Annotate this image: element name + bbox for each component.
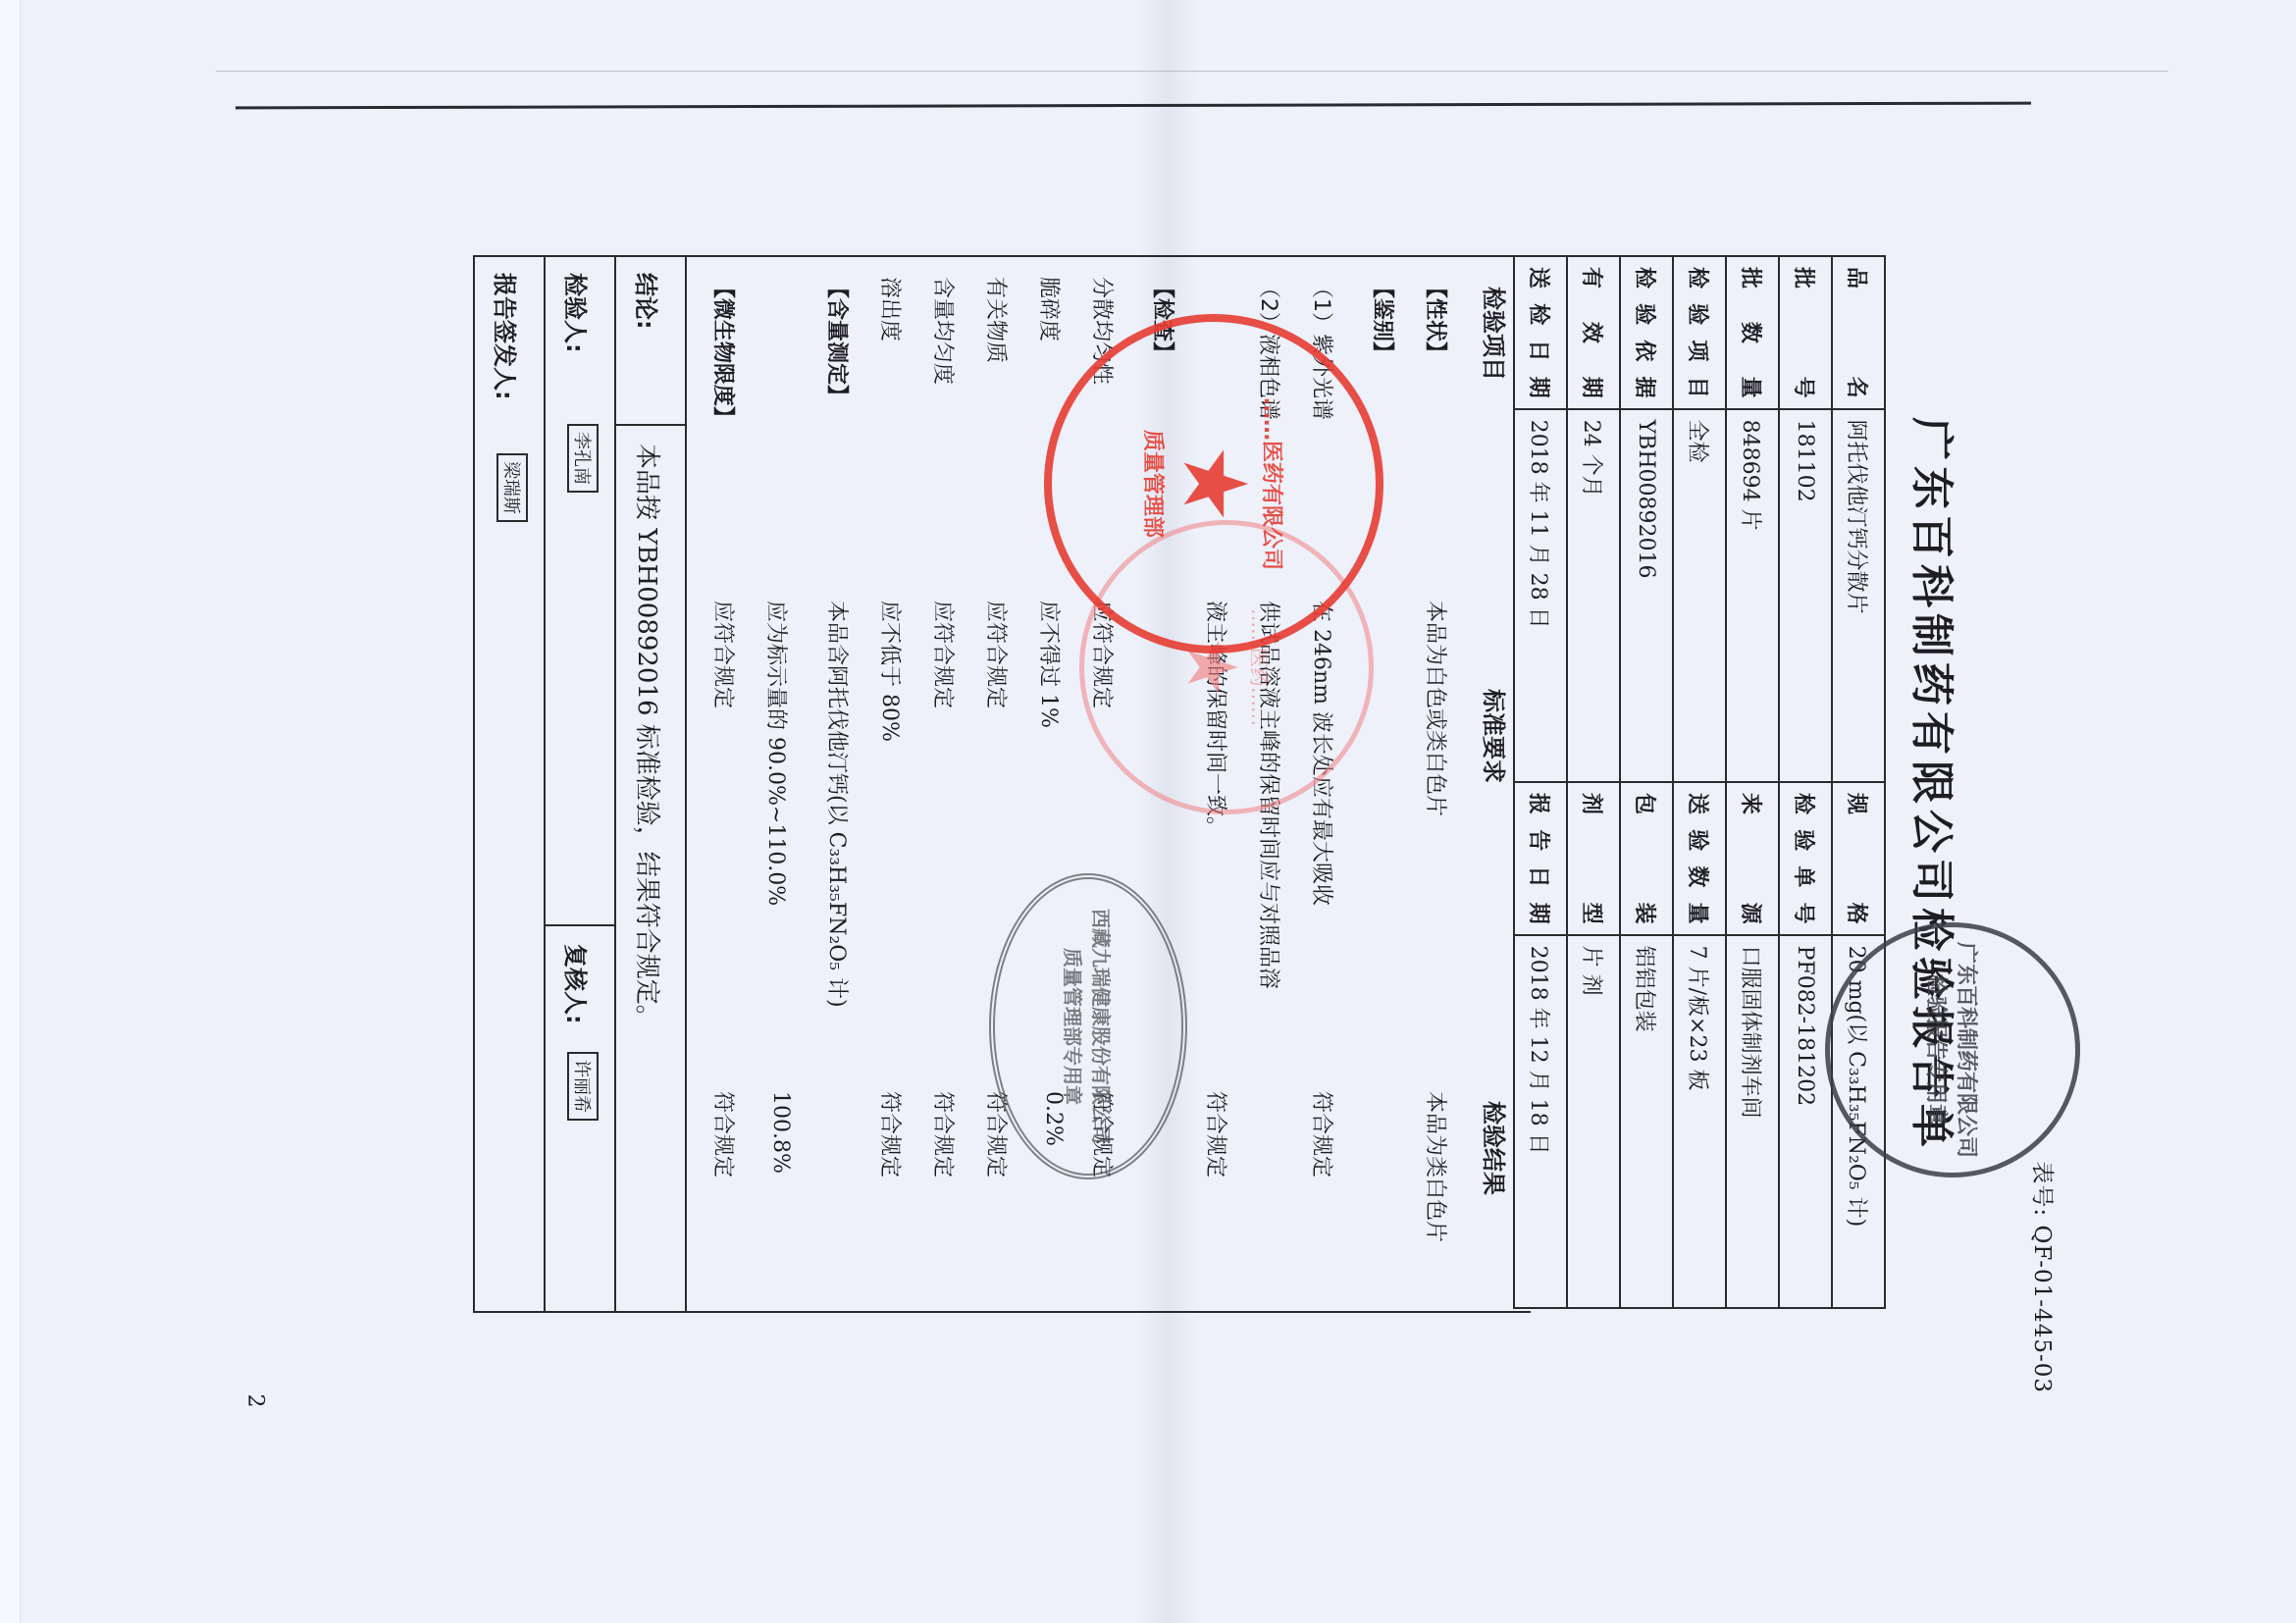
standard-requirement: 应不得过 1%	[1035, 601, 1066, 728]
header-row: 品 名阿托伐他汀钙分散片规 格20 mg(以 C₃₃H₃₅FN₂O₅ 计)	[1832, 256, 1885, 1308]
inspection-result: 0.2%	[1041, 1091, 1066, 1146]
inspection-row: 液主峰的保留时间一致。符合规定	[1199, 277, 1232, 1297]
field-label: 规 格	[1832, 782, 1885, 935]
field-value: 片 剂	[1567, 935, 1620, 1308]
inspection-item: 分散均匀性	[1088, 277, 1119, 385]
standard-requirement: 应符合规定	[929, 601, 960, 708]
inspection-item: 【性状】	[1422, 277, 1452, 363]
column-header-result: 检验结果	[1479, 1101, 1513, 1195]
header-row: 批 号181102检验单号PF082-181202	[1779, 256, 1832, 1308]
inspection-item: 【微生物限度】	[709, 277, 740, 428]
standard-requirement: 本品为白色或类白色片	[1422, 601, 1452, 816]
reviewer-signature: 许丽希	[567, 1052, 599, 1121]
field-value: 阿托伐他汀钙分散片	[1832, 409, 1885, 782]
inspection-result: 100.8%	[768, 1091, 793, 1174]
conclusion-label: 结论:	[631, 273, 665, 330]
inspection-result: 符合规定	[1202, 1091, 1232, 1178]
reviewer-label: 复核人:	[560, 944, 595, 1024]
inspection-result: 本品为类白色片	[1422, 1091, 1452, 1242]
inspection-row: 含量均匀度应符合规定符合规定	[926, 277, 960, 1297]
column-header-item: 检验项目	[1479, 287, 1513, 381]
inspection-item: 【含量测定】	[823, 277, 854, 406]
inspector-label: 检验人:	[560, 273, 595, 353]
inspection-item: 含量均匀度	[929, 277, 960, 385]
inspection-row: （1）紫外光谱在 246nm 波长处应有最大吸收符合规定	[1305, 277, 1338, 1297]
inspection-row: 【鉴别】	[1366, 277, 1399, 1297]
issuer-signature: 梁瑞斯	[496, 453, 528, 522]
inspection-item: （2）液相色谱	[1255, 277, 1285, 420]
header-row: 检验项目全检送验数量7 片/板×23 板	[1673, 256, 1726, 1308]
inspection-row: 【含量测定】本品含阿托伐他汀钙(以 C₃₃H₃₅FN₂O₅ 计)	[820, 277, 854, 1297]
faint-scan-line	[216, 71, 2168, 72]
header-row: 检验依据YBH00892016包 装铝铝包装	[1620, 256, 1673, 1308]
standard-requirement: 应不低于 80%	[876, 601, 907, 742]
standard-requirement: 在 246nm 波长处应有最大吸收	[1308, 601, 1338, 906]
signatures-row: 检验人: 李孔南 复核人: 许丽希	[544, 257, 614, 1311]
column-header-standard: 标准要求	[1479, 689, 1513, 783]
inspection-items-box: 检验项目 标准要求 检验结果 【性状】本品为白色或类白色片本品为类白色片【鉴别】…	[687, 255, 1531, 1313]
field-label: 检验依据	[1620, 256, 1673, 409]
field-value: 24 个月	[1567, 409, 1620, 782]
inspection-item: 有关物质	[982, 277, 1013, 363]
field-label: 有 效 期	[1567, 256, 1620, 409]
inspection-result: 符合规定	[709, 1091, 740, 1178]
header-info-table: 品 名阿托伐他汀钙分散片规 格20 mg(以 C₃₃H₃₅FN₂O₅ 计)批 号…	[1513, 255, 1886, 1309]
inspection-result: 符合规定	[1308, 1091, 1338, 1178]
standard-requirement: 应符合规定	[982, 601, 1013, 708]
standard-requirement: 液主峰的保留时间一致。	[1202, 601, 1232, 838]
standard-requirement: 应为标示量的 90.0%~110.0%	[762, 601, 793, 906]
inspection-item: 【鉴别】	[1369, 277, 1399, 363]
field-value: 全检	[1673, 409, 1726, 782]
inspection-row: （2）液相色谱供试品溶液主峰的保留时间应与对照品溶	[1252, 277, 1285, 1297]
field-value: 口服固体制剂车间	[1726, 935, 1779, 1308]
header-row: 有 效 期24 个月剂 型片 剂	[1567, 256, 1620, 1308]
issuer-label: 报告签发人:	[490, 273, 524, 400]
field-label: 检验单号	[1779, 782, 1832, 935]
field-value: 848694 片	[1726, 409, 1779, 782]
inspection-row: 分散均匀性应符合规定符合规定	[1085, 277, 1119, 1297]
standard-requirement: 应符合规定	[1088, 601, 1119, 708]
conclusion-row: 结论: 本品按 YBH00892016 标准检验，结果符合规定。	[614, 257, 685, 1311]
scan-edge	[0, 0, 21, 1623]
field-label: 来 源	[1726, 782, 1779, 935]
field-value: 20 mg(以 C₃₃H₃₅FN₂O₅ 计)	[1832, 935, 1885, 1308]
standard-requirement: 应符合规定	[709, 601, 740, 708]
inspection-row: 【微生物限度】应符合规定符合规定	[706, 277, 740, 1297]
inspection-item: 溶出度	[876, 277, 907, 341]
inspection-row: 【性状】本品为白色或类白色片本品为类白色片	[1419, 277, 1452, 1297]
inspection-item: （1）紫外光谱	[1308, 277, 1338, 420]
divider	[546, 924, 614, 926]
standard-requirement: 本品含阿托伐他汀钙(以 C₃₃H₃₅FN₂O₅ 计)	[823, 601, 854, 1008]
inspection-row: 有关物质应符合规定符合规定	[979, 277, 1013, 1297]
inspection-row: 【检查】	[1146, 277, 1179, 1297]
divider	[616, 424, 685, 426]
field-value: 181102	[1779, 409, 1832, 782]
field-label: 送验数量	[1673, 782, 1726, 935]
form-number: 表号: QF-01-445-03	[2028, 1161, 2061, 1393]
field-value: 7 片/板×23 板	[1673, 935, 1726, 1308]
inspection-item: 脆碎度	[1035, 277, 1066, 341]
field-label: 检验项目	[1673, 256, 1726, 409]
field-label: 批 数 量	[1726, 256, 1779, 409]
header-row: 批 数 量848694 片来 源口服固体制剂车间	[1726, 256, 1779, 1308]
report-title: 广东百科制药有限公司检验报告单	[1905, 255, 1967, 1315]
inspection-row: 溶出度应不低于 80%符合规定	[873, 277, 907, 1297]
field-label: 包 装	[1620, 782, 1673, 935]
inspection-result: 符合规定	[876, 1091, 907, 1178]
inspection-result: 符合规定	[929, 1091, 960, 1178]
issuer-row: 报告签发人: 梁瑞斯	[475, 257, 544, 1311]
scan-border-line	[235, 102, 2031, 110]
field-label: 批 号	[1779, 256, 1832, 409]
field-label: 品 名	[1832, 256, 1885, 409]
field-value: PF082-181202	[1779, 935, 1832, 1308]
inspection-result: 符合规定	[1088, 1091, 1119, 1178]
report-footer: 结论: 本品按 YBH00892016 标准检验，结果符合规定。 检验人: 李孔…	[473, 255, 687, 1313]
field-label: 剂 型	[1567, 782, 1620, 935]
inspection-item: 【检查】	[1149, 277, 1179, 363]
page-number: 2	[243, 1394, 268, 1408]
field-value: 铝铝包装	[1620, 935, 1673, 1308]
inspection-report-page: 表号: QF-01-445-03 广东百科制药有限公司检验报告单 品 名阿托伐他…	[471, 196, 2061, 1472]
inspection-result: 符合规定	[982, 1091, 1013, 1178]
inspector-signature: 李孔南	[567, 424, 599, 493]
standard-requirement: 供试品溶液主峰的保留时间应与对照品溶	[1255, 601, 1285, 989]
field-value: YBH00892016	[1620, 409, 1673, 782]
inspection-row: 应为标示量的 90.0%~110.0%100.8%	[759, 277, 793, 1297]
conclusion-text: 本品按 YBH00892016 标准检验，结果符合规定。	[631, 444, 667, 1030]
inspection-row: 脆碎度应不得过 1%0.2%	[1032, 277, 1066, 1297]
